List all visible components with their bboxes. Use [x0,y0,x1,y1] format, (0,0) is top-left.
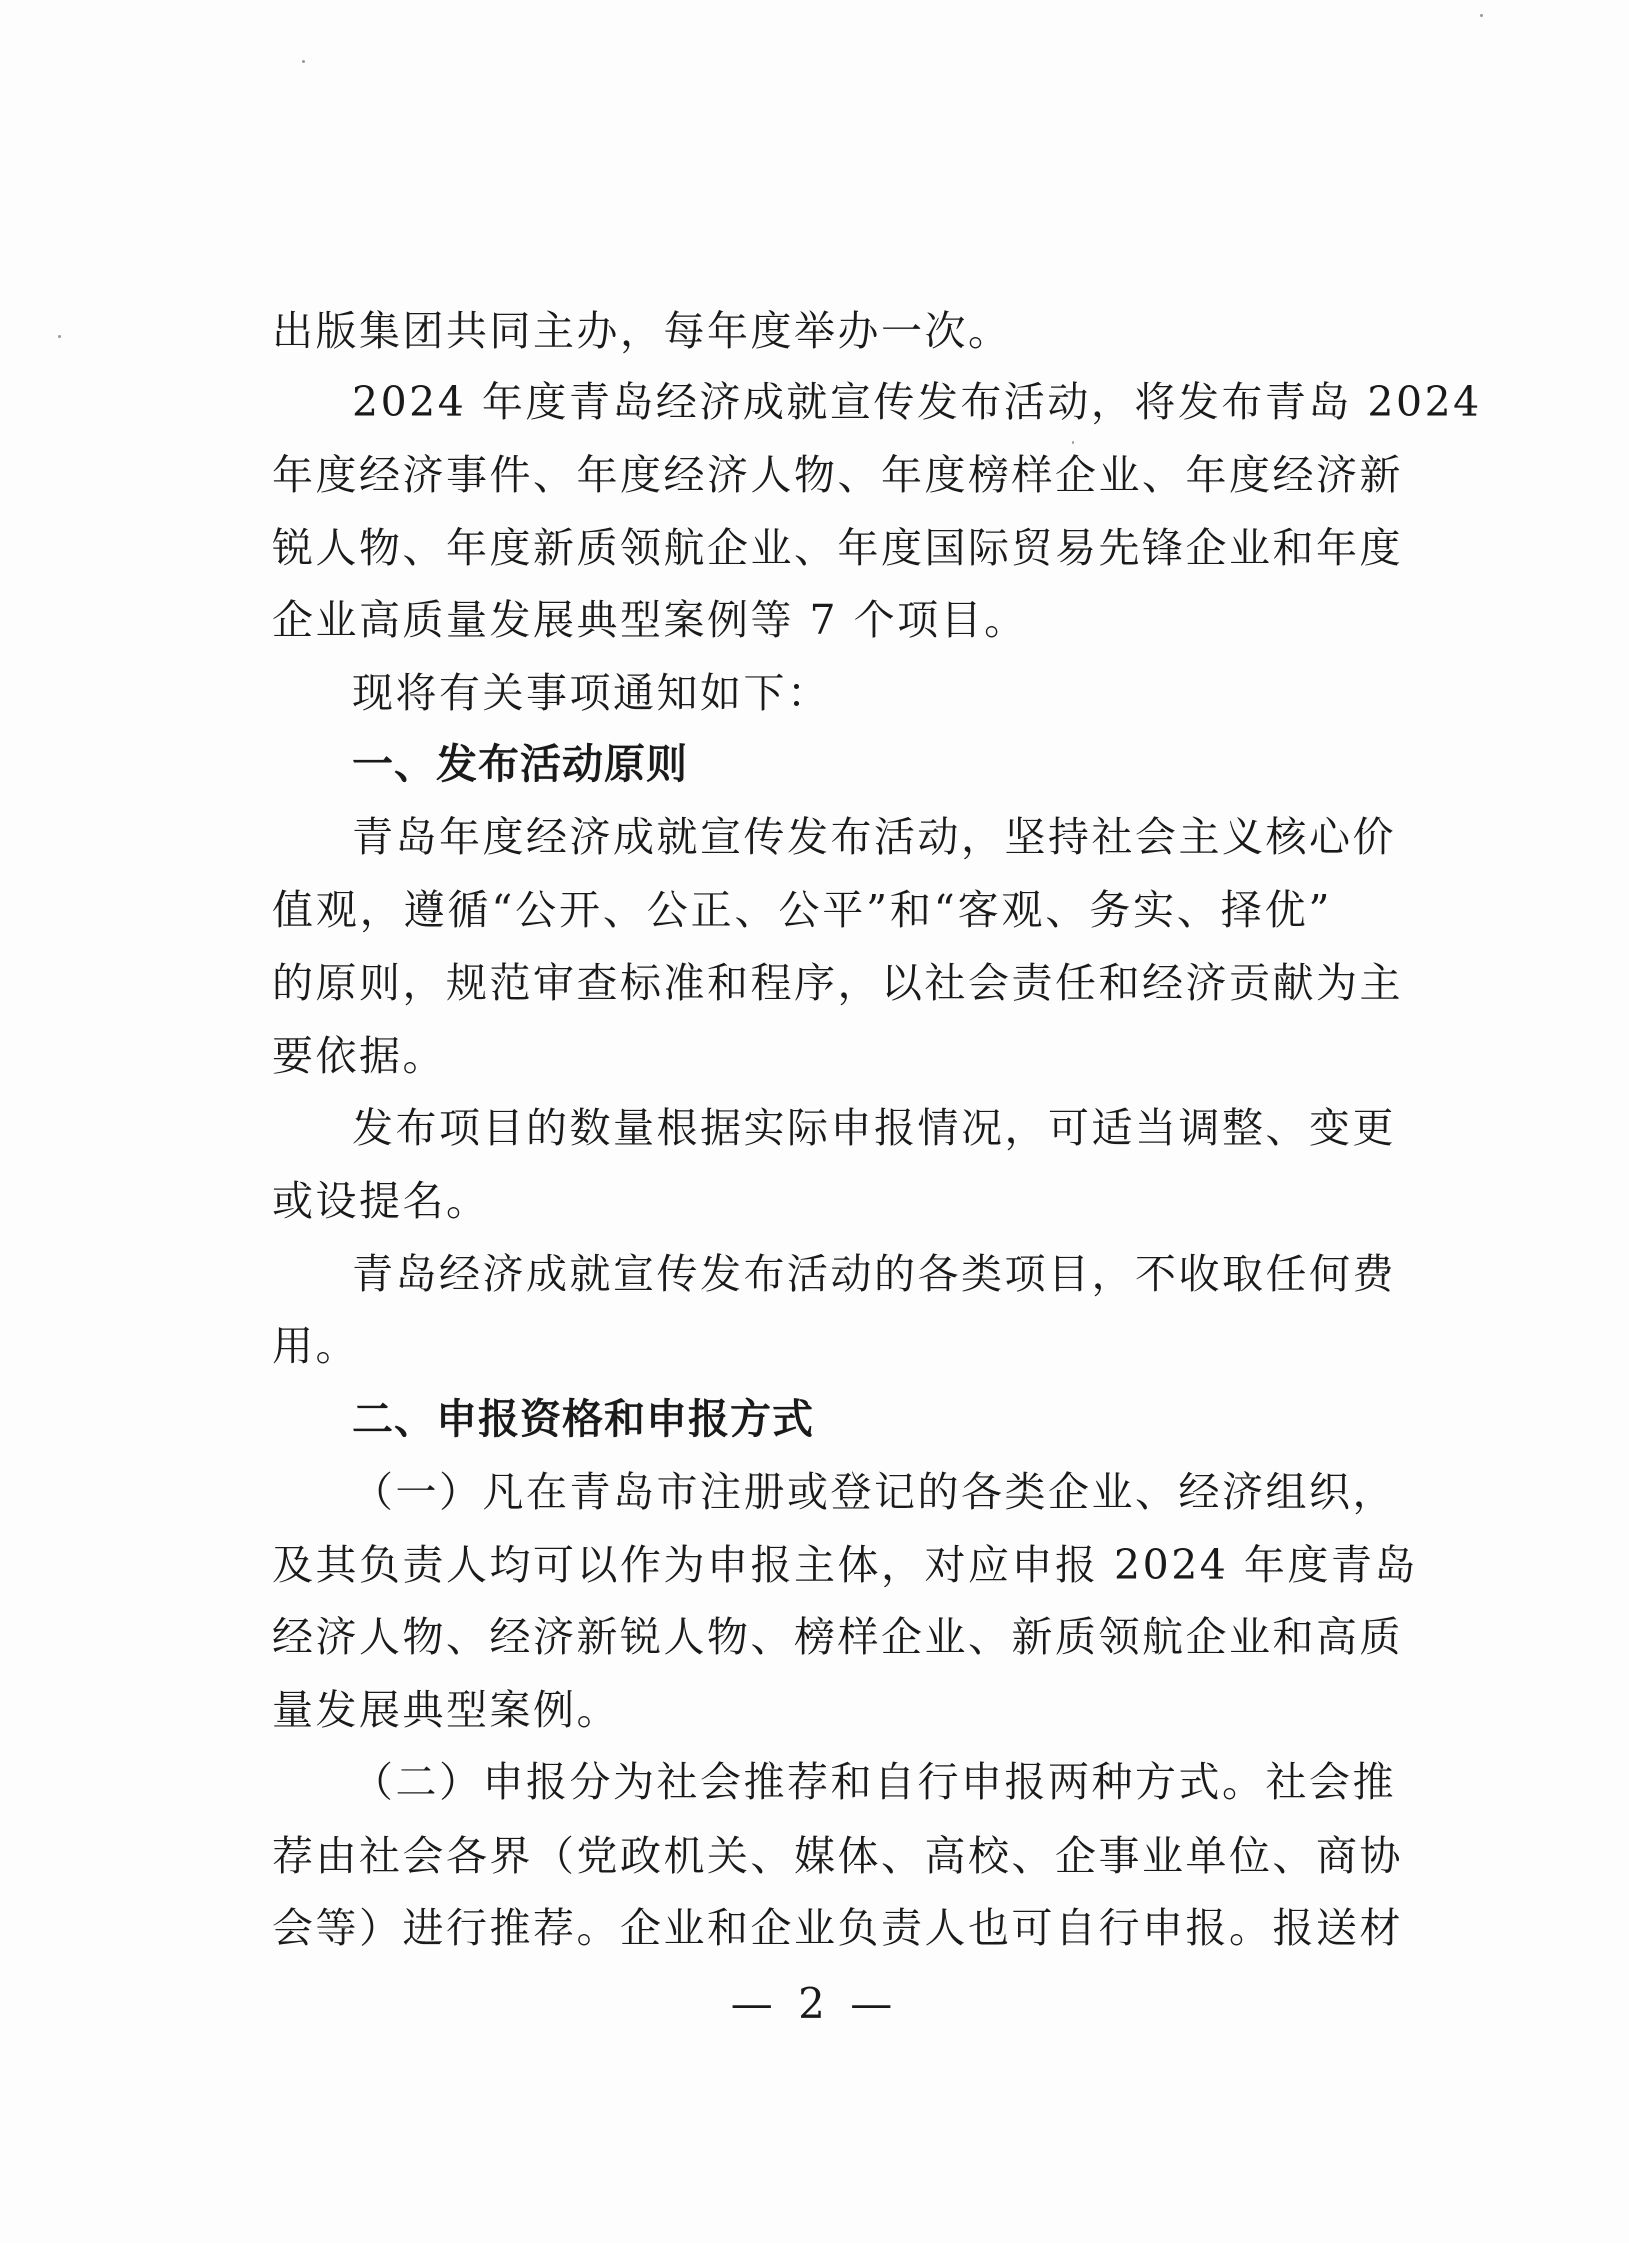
text-line: 要依据。 [272,1030,1332,1082]
text-line: 值观，遵循“公开、公正、公平”和“客观、务实、择优” [272,884,1332,936]
document-page: 出版集团共同主办，每年度举办一次。 2024 年度青岛经济成就宣传发布活动，将发… [0,0,1629,2243]
text-line: 会等）进行推荐。企业和企业负责人也可自行申报。报送材 [272,1902,1332,1954]
scan-speck [1480,14,1483,17]
text-line: 锐人物、年度新质领航企业、年度国际贸易先锋企业和年度 [272,522,1332,574]
text-line: 荐由社会各界（党政机关、媒体、高校、企事业单位、商协 [272,1830,1332,1882]
section-heading-1: 一、发布活动原则 [352,738,1332,790]
scan-speck [302,60,305,63]
scan-speck [1072,441,1074,444]
text-line: 出版集团共同主办，每年度举办一次。 [272,305,1332,357]
text-line: 现将有关事项通知如下： [352,667,1332,719]
scan-speck [58,335,61,338]
text-line: 企业高质量发展典型案例等 7 个项目。 [272,594,1332,646]
text-line: 青岛年度经济成就宣传发布活动，坚持社会主义核心价 [352,811,1332,863]
section-heading-2: 二、申报资格和申报方式 [352,1393,1332,1445]
text-line: 发布项目的数量根据实际申报情况，可适当调整、变更 [352,1102,1332,1154]
text-line: 2024 年度青岛经济成就宣传发布活动，将发布青岛 2024 [352,376,1332,428]
text-line: （二）申报分为社会推荐和自行申报两种方式。社会推 [352,1756,1332,1808]
text-line: 及其负责人均可以作为申报主体，对应申报 2024 年度青岛 [272,1539,1332,1591]
text-line: 青岛经济成就宣传发布活动的各类项目，不收取任何费 [352,1248,1332,1300]
text-line: 经济人物、经济新锐人物、榜样企业、新质领航企业和高质 [272,1611,1332,1663]
text-line: 或设提名。 [272,1175,1332,1227]
text-line: 用。 [272,1320,1332,1372]
page-number: — 2 — [0,1978,1629,2030]
text-line: （一）凡在青岛市注册或登记的各类企业、经济组织， [352,1466,1332,1518]
text-line: 量发展典型案例。 [272,1684,1332,1736]
text-line: 的原则，规范审查标准和程序，以社会责任和经济贡献为主 [272,957,1332,1009]
text-line: 年度经济事件、年度经济人物、年度榜样企业、年度经济新 [272,449,1332,501]
